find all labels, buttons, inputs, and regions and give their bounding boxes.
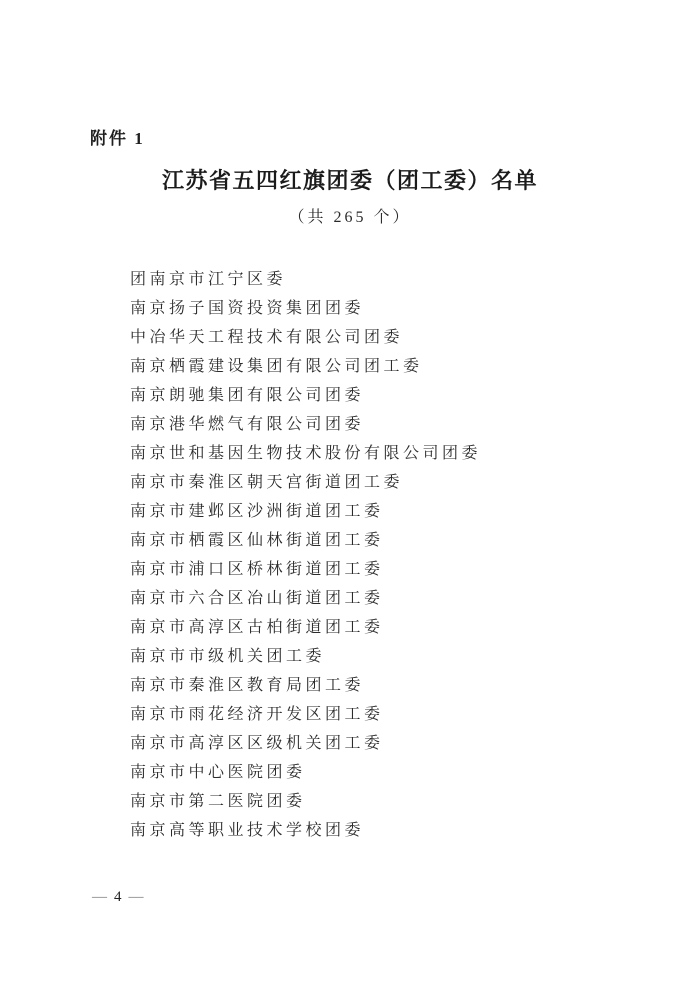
list-item: 南京市建邺区沙洲街道团工委 [130, 497, 650, 526]
list-item: 南京港华燃气有限公司团委 [130, 410, 650, 439]
list-item: 南京市高淳区古柏街道团工委 [130, 613, 650, 642]
list-item: 南京市浦口区桥林街道团工委 [130, 555, 650, 584]
list-item: 南京扬子国资投资集团团委 [130, 294, 650, 323]
committee-name-list: 团南京市江宁区委 南京扬子国资投资集团团委 中冶华天工程技术有限公司团委 南京栖… [130, 265, 650, 845]
list-item: 中冶华天工程技术有限公司团委 [130, 323, 650, 352]
list-item: 南京市中心医院团委 [130, 758, 650, 787]
list-item: 南京朗驰集团有限公司团委 [130, 381, 650, 410]
list-item: 南京市秦淮区朝天宫街道团工委 [130, 468, 650, 497]
page-number-dash-left: — [92, 889, 107, 906]
page-number-dash-right: — [129, 889, 144, 906]
list-item: 南京市秦淮区教育局团工委 [130, 671, 650, 700]
page-title: 江苏省五四红旗团委（团工委）名单 [0, 164, 700, 195]
document-page: 附件 1 江苏省五四红旗团委（团工委）名单 （共 265 个） 团南京市江宁区委… [0, 0, 700, 990]
list-item: 团南京市江宁区委 [130, 265, 650, 294]
page-number: — 4 — [92, 889, 144, 906]
list-item: 南京栖霞建设集团有限公司团工委 [130, 352, 650, 381]
count-note: （共 265 个） [0, 204, 700, 227]
attachment-label: 附件 1 [90, 124, 145, 149]
list-item: 南京市市级机关团工委 [130, 642, 650, 671]
list-item: 南京市第二医院团委 [130, 787, 650, 816]
list-item: 南京市栖霞区仙林街道团工委 [130, 526, 650, 555]
list-item: 南京市高淳区区级机关团工委 [130, 729, 650, 758]
page-number-value: 4 [114, 889, 122, 906]
list-item: 南京市雨花经济开发区团工委 [130, 700, 650, 729]
list-item: 南京世和基因生物技术股份有限公司团委 [130, 439, 650, 468]
list-item: 南京高等职业技术学校团委 [130, 816, 650, 845]
list-item: 南京市六合区冶山街道团工委 [130, 584, 650, 613]
